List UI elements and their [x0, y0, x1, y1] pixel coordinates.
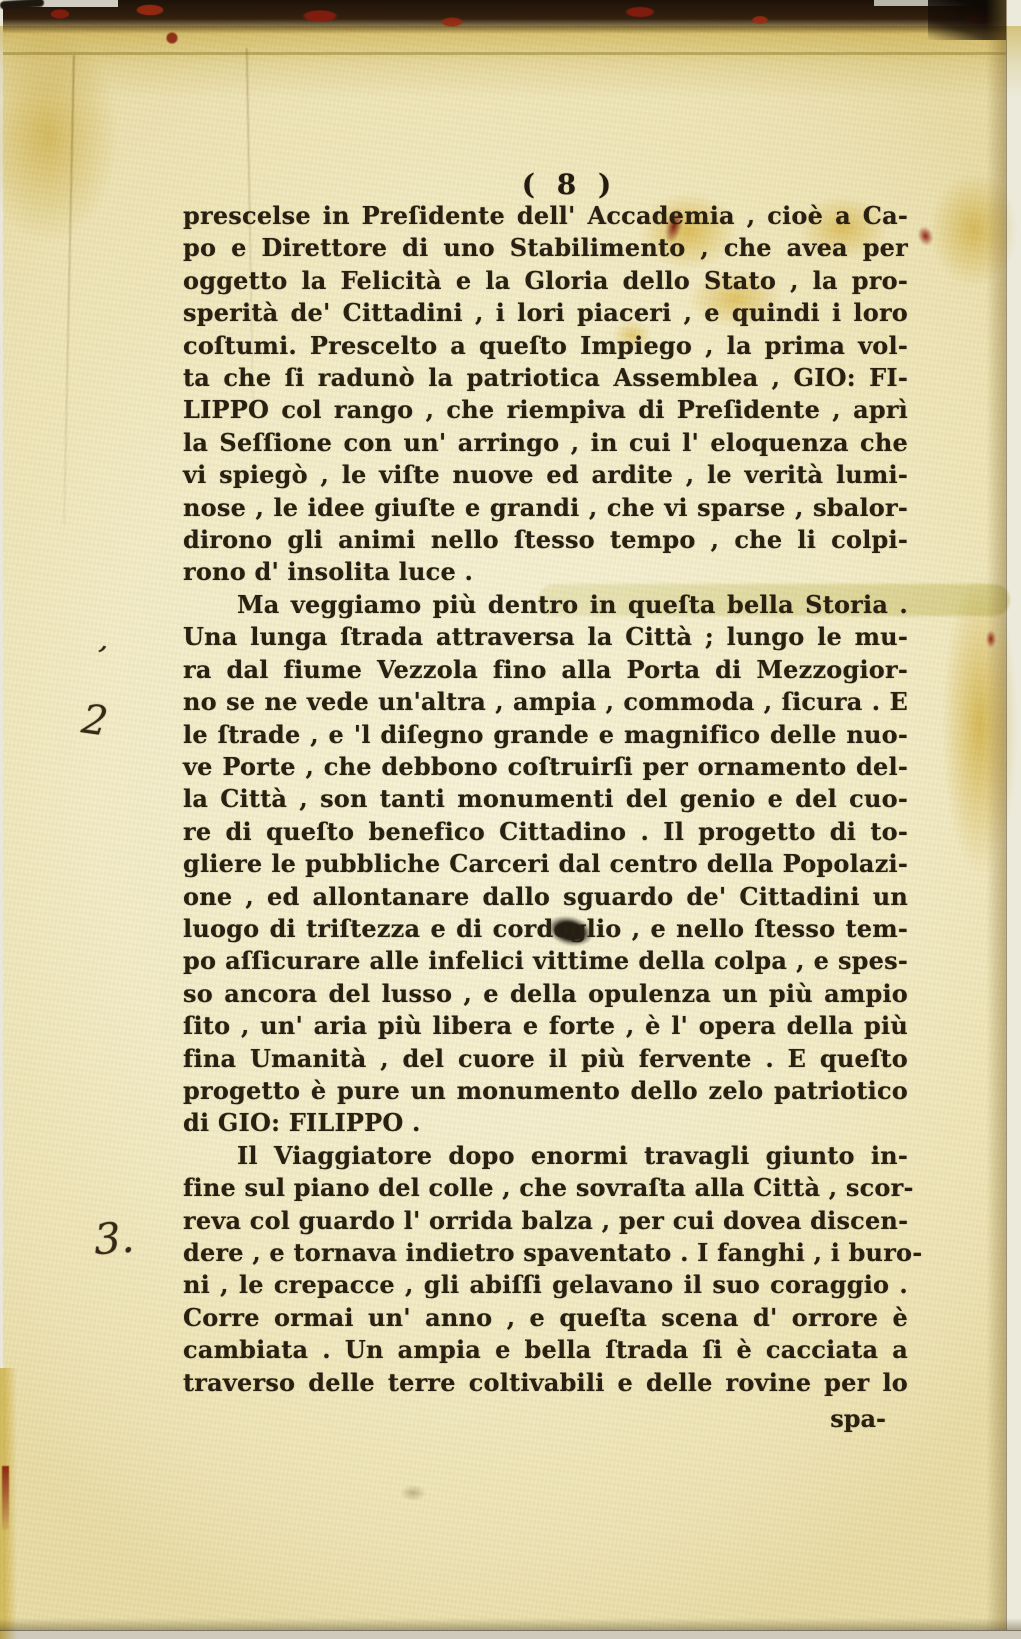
text-line: ra dal fiume Vezzola fino alla Porta di … — [183, 654, 908, 686]
text-line: sperità de' Cittadini , i lori piaceri ,… — [183, 297, 908, 329]
text-line: ve Porte , che debbono coſtruirſi per or… — [183, 751, 908, 783]
margin-mark-numeral-2: 2 — [79, 696, 111, 745]
text-line: po e Direttore di uno Stabilimento , che… — [183, 232, 908, 264]
text-line: dirono gli animi nello ſtesso tempo , ch… — [183, 524, 908, 556]
bottom-edge — [0, 1630, 1021, 1639]
text-line: Il Viaggiatore dopo enormi travagli giun… — [183, 1140, 908, 1172]
text-line: ta che ſi radunò la patriotica Assemblea… — [183, 362, 908, 394]
text-line: cambiata . Un ampia e bella ſtrada ſi è … — [183, 1334, 908, 1366]
text-line: oggetto la Felicità e la Gloria dello St… — [183, 265, 908, 297]
text-line: gliere le pubbliche Carceri dal centro d… — [183, 848, 908, 880]
yellow-stain-top-left — [0, 28, 118, 243]
text-line: Corre ormai un' anno , e queſta scena d'… — [183, 1302, 908, 1334]
text-line: la Città , son tanti monumenti del genio… — [183, 783, 908, 815]
red-edge-streak — [2, 1466, 9, 1530]
text-line: luogo di triſtezza e di cordoglio , e ne… — [183, 913, 908, 945]
text-line: LIPPO col rango , che riempiva di Preſid… — [183, 394, 908, 426]
horizontal-press-line — [0, 52, 1021, 55]
text-block: prescelse in Preſidente dell' Accademia … — [183, 200, 908, 1399]
left-edge-sliver — [0, 0, 3, 1639]
book-page-scan: ( 8 ) prescelse in Preſidente dell' Acca… — [0, 0, 1021, 1639]
text-line: la Seſſione con un' arringo , in cui l' … — [183, 427, 908, 459]
paper-crease — [63, 55, 75, 525]
text-line: fine sul piano del colle , che sovraſta … — [183, 1172, 908, 1204]
text-line: progetto è pure un monumento dello zelo … — [183, 1075, 908, 1107]
right-edge-sliver — [1006, 0, 1021, 1639]
text-line: re di queſto benefico Cittadino . Il pro… — [183, 816, 908, 848]
text-line: le ſtrade , e 'l diſegno grande e magnif… — [183, 719, 908, 751]
text-line: vi spiegò , le viſte nuove ed ardite , l… — [183, 459, 908, 491]
margin-mark-apostrophe: ’ — [90, 639, 109, 675]
text-line: di GIO: FILIPPO . — [183, 1107, 908, 1139]
text-line: dere , e tornava indietro spaventato . I… — [183, 1237, 908, 1269]
text-line: prescelse in Preſidente dell' Accademia … — [183, 200, 908, 232]
text-line: ſito , un' aria più libera e forte , è l… — [183, 1010, 908, 1042]
faint-smudge-bottom — [400, 1485, 426, 1501]
text-line: rono d' insolita luce . — [183, 556, 908, 588]
top-edge-red-speckles — [0, 0, 1021, 46]
text-line: traverso delle terre coltivabili e delle… — [183, 1367, 908, 1399]
text-line: Una lunga ſtrada attraversa la Città ; l… — [183, 621, 908, 653]
page-curl-shadow — [986, 0, 1006, 1639]
text-line: po aſſicurare alle infelici vittime dell… — [183, 945, 908, 977]
text-line: ni , le crepacce , gli abiſſi gelavano i… — [183, 1269, 908, 1301]
red-ink-speck — [915, 224, 936, 248]
catchword: spa- — [183, 1404, 908, 1433]
page-number: ( 8 ) — [183, 168, 908, 201]
text-line: fina Umanità , del cuore il più fervente… — [183, 1043, 908, 1075]
text-line: so ancora del lusso , e della opulenza u… — [183, 978, 908, 1010]
text-line: Ma veggiamo più dentro in queſta bella S… — [183, 589, 908, 621]
text-line: one , ed allontanare dallo sguardo de' C… — [183, 881, 908, 913]
text-line: reva col guardo l' orrida balza , per cu… — [183, 1205, 908, 1237]
margin-mark-numeral-3: 3. — [92, 1213, 135, 1265]
text-line: coſtumi. Prescelto a queſto Impiego , la… — [183, 330, 908, 362]
text-line: nose , le idee giuſte e grandi , che vi … — [183, 492, 908, 524]
text-line: no se ne vede un'altra , ampia , commoda… — [183, 686, 908, 718]
